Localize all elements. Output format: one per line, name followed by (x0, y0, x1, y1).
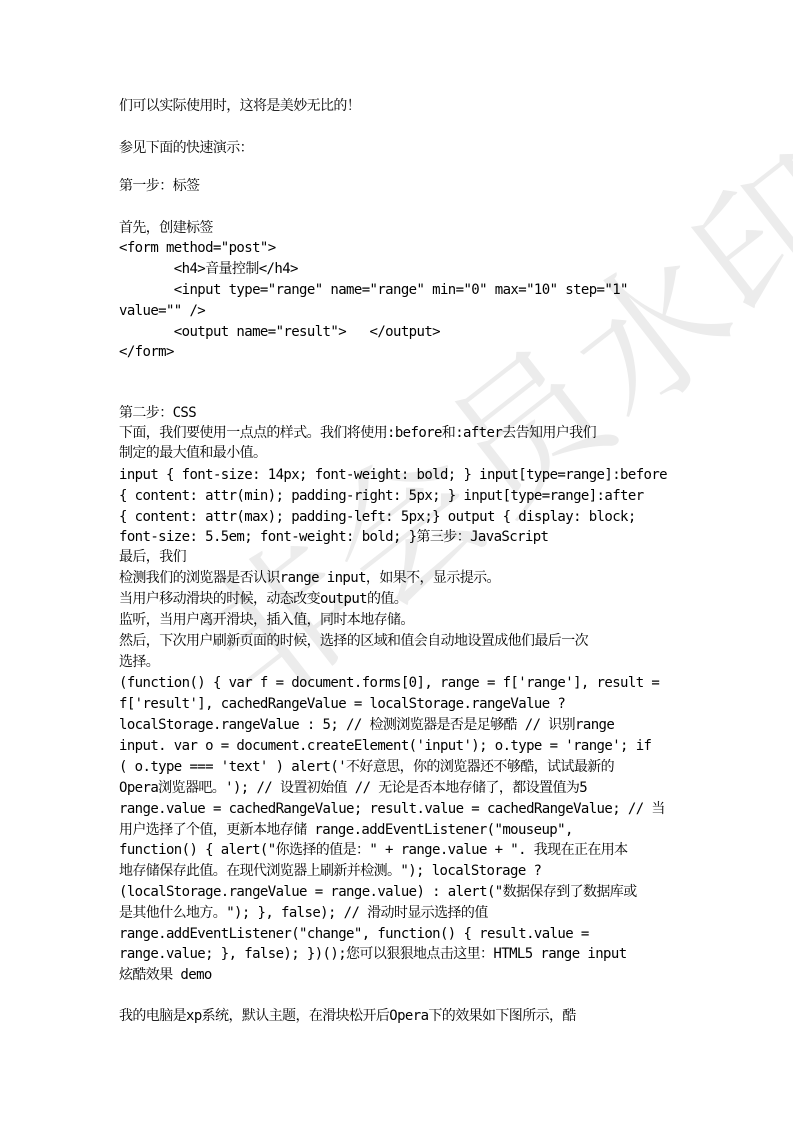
text-line: 然后，下次用户刷新页面的时候，选择的区域和值会自动地设置成他们最后一次 (119, 631, 588, 651)
text-line: <output name="result"> </output> (119, 322, 440, 342)
text-line: font-size: 5.5em; font-weight: bold; }第三… (119, 527, 548, 547)
text-line: input. var o = document.createElement('i… (119, 736, 651, 756)
text-line: function() { alert("你选择的值是：" + range.val… (119, 840, 628, 860)
text-line: 监听，当用户离开滑块，插入值，同时本地存储。 (119, 610, 414, 630)
text-line: 制定的最大值和最小值。 (119, 443, 266, 463)
text-line: <input type="range" name="range" min="0"… (119, 280, 628, 300)
text-line: localStorage.rangeValue : 5; // 检测浏览器是否是… (119, 715, 614, 735)
text-line: </form> (119, 342, 174, 362)
text-line: (function() { var f = document.forms[0],… (119, 673, 659, 693)
text-line: (localStorage.rangeValue = range.value) … (119, 882, 637, 902)
text-line: range.value = cachedRangeValue; result.v… (119, 799, 665, 819)
text-line: { content: attr(max); padding-left: 5px;… (119, 507, 636, 527)
text-line: f['result'], cachedRangeValue = localSto… (119, 694, 565, 714)
text-line: input { font-size: 14px; font-weight: bo… (119, 465, 667, 485)
text-line: range.addEventListener("change", functio… (119, 924, 589, 944)
text-line: 是其他什么地方。"); }, false); // 滑动时显示选择的值 (119, 903, 488, 923)
text-line: 们可以实际使用时，这将是美妙无比的！ (119, 96, 360, 116)
text-line: 首先，创建标签 (119, 218, 213, 238)
text-line: <form method="post"> (119, 238, 276, 258)
text-line: <h4>音量控制</h4> (119, 259, 298, 279)
text-line: Opera浏览器吧。'); // 设置初始值 // 无论是否本地存储了，都设置值… (119, 778, 587, 798)
text-line: 炫酷效果 demo (119, 965, 212, 985)
text-line: 选择。 (119, 652, 159, 672)
text-line: { content: attr(min); padding-right: 5px… (119, 486, 644, 506)
text-line: ( o.type === 'text' ) alert('不好意思，你的浏览器还… (119, 757, 614, 777)
text-line: 下面，我们要使用一点点的样式。我们将使用:before和:after去告知用户我… (119, 423, 596, 443)
text-line: 检测我们的浏览器是否认识range input，如果不，显示提示。 (119, 568, 500, 588)
text-line: 第二步：CSS (119, 403, 196, 423)
text-line: 地存储保存此值。在现代浏览器上刷新并检测。"); localStorage ? (119, 861, 541, 881)
text-line: 最后，我们 (119, 547, 186, 567)
text-line: 我的电脑是xp系统，默认主题，在滑块松开后Opera下的效果如下图所示，酷 (119, 1006, 576, 1026)
text-line: 当用户移动滑块的时候，动态改变output的值。 (119, 589, 407, 609)
text-line: 用户选择了个值，更新本地存储 range.addEventListener("m… (119, 820, 573, 840)
text-line: 第一步：标签 (119, 176, 199, 196)
text-line: value="" /> (119, 301, 205, 321)
text-line: 参见下面的快速演示： (119, 138, 253, 158)
text-line: range.value; }, false); })();您可以狠狠地点击这里：… (119, 944, 627, 964)
